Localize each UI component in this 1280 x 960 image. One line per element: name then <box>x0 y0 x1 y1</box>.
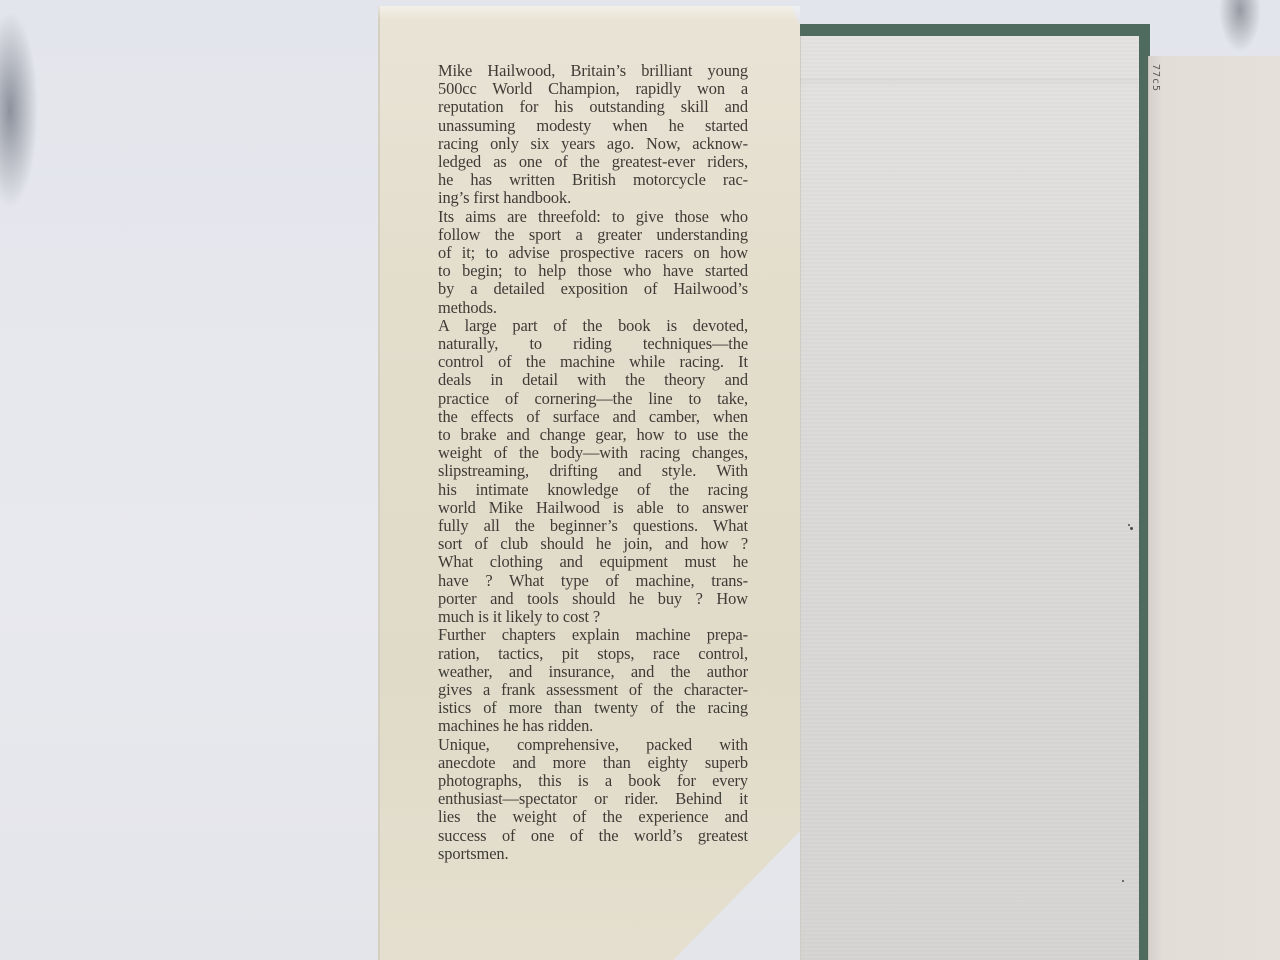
blurb-line: sort of club should he join, and how ? <box>438 535 748 553</box>
flap-blurb-text: Mike Hailwood, Britain’s brilliant young… <box>438 62 748 863</box>
blurb-line: weight of the body—with racing changes, <box>438 444 748 462</box>
flap-worn-edge <box>378 6 800 20</box>
blurb-line: to begin; to help those who have started <box>438 262 748 280</box>
blurb-line: gives a frank assessment of the characte… <box>438 681 748 699</box>
blurb-line: the effects of surface and camber, when <box>438 408 748 426</box>
blurb-paragraph: A large part of the book is devoted,natu… <box>438 317 748 626</box>
blurb-line: What clothing and equipment must he <box>438 553 748 571</box>
blurb-line: ration, tactics, pit stops, race control… <box>438 645 748 663</box>
first-page <box>1148 56 1280 960</box>
blurb-line: sportsmen. <box>438 845 748 863</box>
blurb-line: Its aims are threefold: to give those wh… <box>438 208 748 226</box>
blurb-line: fully all the beginner’s questions. What <box>438 517 748 535</box>
blurb-line: to brake and change gear, how to use the <box>438 426 748 444</box>
blurb-line: world Mike Hailwood is able to answer <box>438 499 748 517</box>
endpaper-shadow <box>800 78 1138 88</box>
blurb-line: porter and tools should he buy ? How <box>438 590 748 608</box>
blurb-line: his intimate knowledge of the racing <box>438 481 748 499</box>
blurb-paragraph: Further chapters explain machine prepa-r… <box>438 626 748 735</box>
blurb-line: methods. <box>438 299 748 317</box>
blurb-paragraph: Unique, comprehensive, packed withanecdo… <box>438 736 748 863</box>
foxing-speck <box>1130 527 1133 530</box>
blurb-line: have ? What type of machine, trans- <box>438 572 748 590</box>
blurb-line: anecdote and more than eighty superb <box>438 754 748 772</box>
blurb-line: Unique, comprehensive, packed with <box>438 736 748 754</box>
blurb-line: 500cc World Champion, rapidly won a <box>438 80 748 98</box>
blurb-line: A large part of the book is devoted, <box>438 317 748 335</box>
blurb-line: naturally, to riding techniques—the <box>438 335 748 353</box>
pencil-mark: 77c5 <box>1150 64 1161 92</box>
blurb-line: deals in detail with the theory and <box>438 371 748 389</box>
blurb-line: follow the sport a greater understanding <box>438 226 748 244</box>
blurb-paragraph: Mike Hailwood, Britain’s brilliant young… <box>438 62 748 208</box>
blurb-line: ing’s first handbook. <box>438 189 748 207</box>
blurb-line: machines he has ridden. <box>438 717 748 735</box>
blurb-line: by a detailed exposition of Hailwood’s <box>438 280 748 298</box>
blurb-line: Mike Hailwood, Britain’s brilliant young <box>438 62 748 80</box>
blurb-line: unassuming modesty when he started <box>438 117 748 135</box>
blurb-line: lies the weight of the experience and <box>438 808 748 826</box>
endpaper <box>800 36 1139 960</box>
blurb-line: much is it likely to cost ? <box>438 608 748 626</box>
blurb-line: enthusiast—spectator or rider. Behind it <box>438 790 748 808</box>
blurb-line: ledged as one of the greatest-ever rider… <box>438 153 748 171</box>
blurb-line: practice of cornering—the line to take, <box>438 390 748 408</box>
blurb-line: Further chapters explain machine prepa- <box>438 626 748 644</box>
blurb-line: slipstreaming, drifting and style. With <box>438 462 748 480</box>
blurb-line: of it; to advise prospective racers on h… <box>438 244 748 262</box>
foxing-speck <box>1128 524 1130 526</box>
foxing-speck <box>1122 880 1124 882</box>
blurb-line: control of the machine while racing. It <box>438 353 748 371</box>
blurb-line: he has written British motorcycle rac- <box>438 171 748 189</box>
blurb-line: weather, and insurance, and the author <box>438 663 748 681</box>
blurb-line: istics of more than twenty of the racing <box>438 699 748 717</box>
blurb-line: photographs, this is a book for every <box>438 772 748 790</box>
blurb-paragraph: Its aims are threefold: to give those wh… <box>438 208 748 317</box>
blurb-line: success of one of the world’s greatest <box>438 827 748 845</box>
blurb-line: reputation for his outstanding skill and <box>438 98 748 116</box>
blurb-line: racing only six years ago. Now, acknow- <box>438 135 748 153</box>
